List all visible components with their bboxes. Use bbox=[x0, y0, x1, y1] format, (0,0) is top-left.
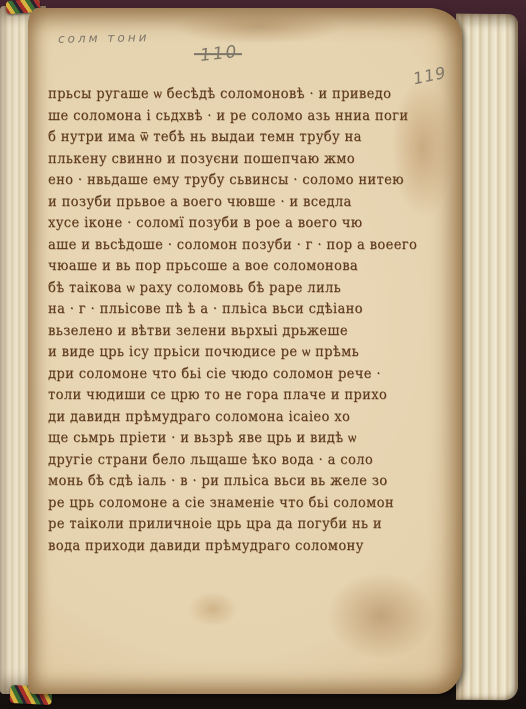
pencil-header-note: солм тони bbox=[58, 30, 150, 46]
manuscript-line: толи чюдиши се црю то не гора плаче и пр… bbox=[48, 385, 450, 407]
manuscript-line: прьсы ругаше ѡ бесѣдѣ соломоновѣ · и при… bbox=[48, 84, 450, 106]
manuscript-line: вода приходи давиди прѣмудраго соломону bbox=[48, 535, 450, 557]
manuscript-line: ще сьмрь пріети · и вьзрѣ яве црь и видѣ… bbox=[48, 428, 450, 450]
manuscript-line: ди давидн прѣмудраго соломона ісаіео хо bbox=[48, 406, 450, 428]
strike-mark bbox=[194, 53, 242, 55]
right-fore-edge-stack bbox=[456, 14, 518, 700]
manuscript-line: ре таіколи приличноіе црь цра да погуби … bbox=[48, 514, 450, 536]
manuscript-line: ше соломона і сьдхвѣ · и ре соломо азь н… bbox=[48, 105, 450, 127]
manuscript-line: на · г · пльісове пѣ ѣ а · пльіса вьси с… bbox=[48, 299, 450, 321]
manuscript-line: дри соломоне что бьі сіе чюдо соломон ре… bbox=[48, 363, 450, 385]
manuscript-line: монь бѣ сдѣ іаль · в · ри пльіса вьси вь… bbox=[48, 471, 450, 493]
text-block: прьсы ругаше ѡ бесѣдѣ соломоновѣ · и при… bbox=[48, 84, 450, 557]
pencil-struck-foliation: 110 bbox=[199, 42, 239, 66]
manuscript-line: хусе іконе · соломї позуби в рое а воего… bbox=[48, 213, 450, 235]
manuscript-line: плькену свинно и позуєни пошепчаю жмо bbox=[48, 148, 450, 170]
top-edge-stain bbox=[148, 4, 368, 50]
manuscript-line: бѣ таікова ѡ раху соломовь бѣ раре лиль bbox=[48, 277, 450, 299]
manuscript-line: другіе страни бело льщаше ѣко вода · а с… bbox=[48, 449, 450, 471]
manuscript-line: чюаше и вь пор прьсоше а вое соломонова bbox=[48, 256, 450, 278]
bottom-right-stain bbox=[306, 556, 456, 676]
manuscript-line: аше и вьсѣдоше · соломон позуби · г · по… bbox=[48, 234, 450, 256]
manuscript-page: солм тони 110 119 прьсы ругаше ѡ бесѣдѣ … bbox=[28, 8, 462, 694]
manuscript-line: ре црь соломоне а сіе знаменіе что бьі с… bbox=[48, 492, 450, 514]
manuscript-line: и позуби прьвое а воего чювше · и вседла bbox=[48, 191, 450, 213]
manuscript-line: ено · нвьдаше ему трубу сьвинсы · соломо… bbox=[48, 170, 450, 192]
manuscript-line: вьзелено и вѣтви зелени вьрхыі дрьжеше bbox=[48, 320, 450, 342]
manuscript-line: и виде црь ісу прьіси почюдисе ре ѡ прѣм… bbox=[48, 342, 450, 364]
manuscript-line: б нутри има ѿ тебѣ нь выдаи темн трубу н… bbox=[48, 127, 450, 149]
bottom-center-stain bbox=[178, 584, 248, 634]
